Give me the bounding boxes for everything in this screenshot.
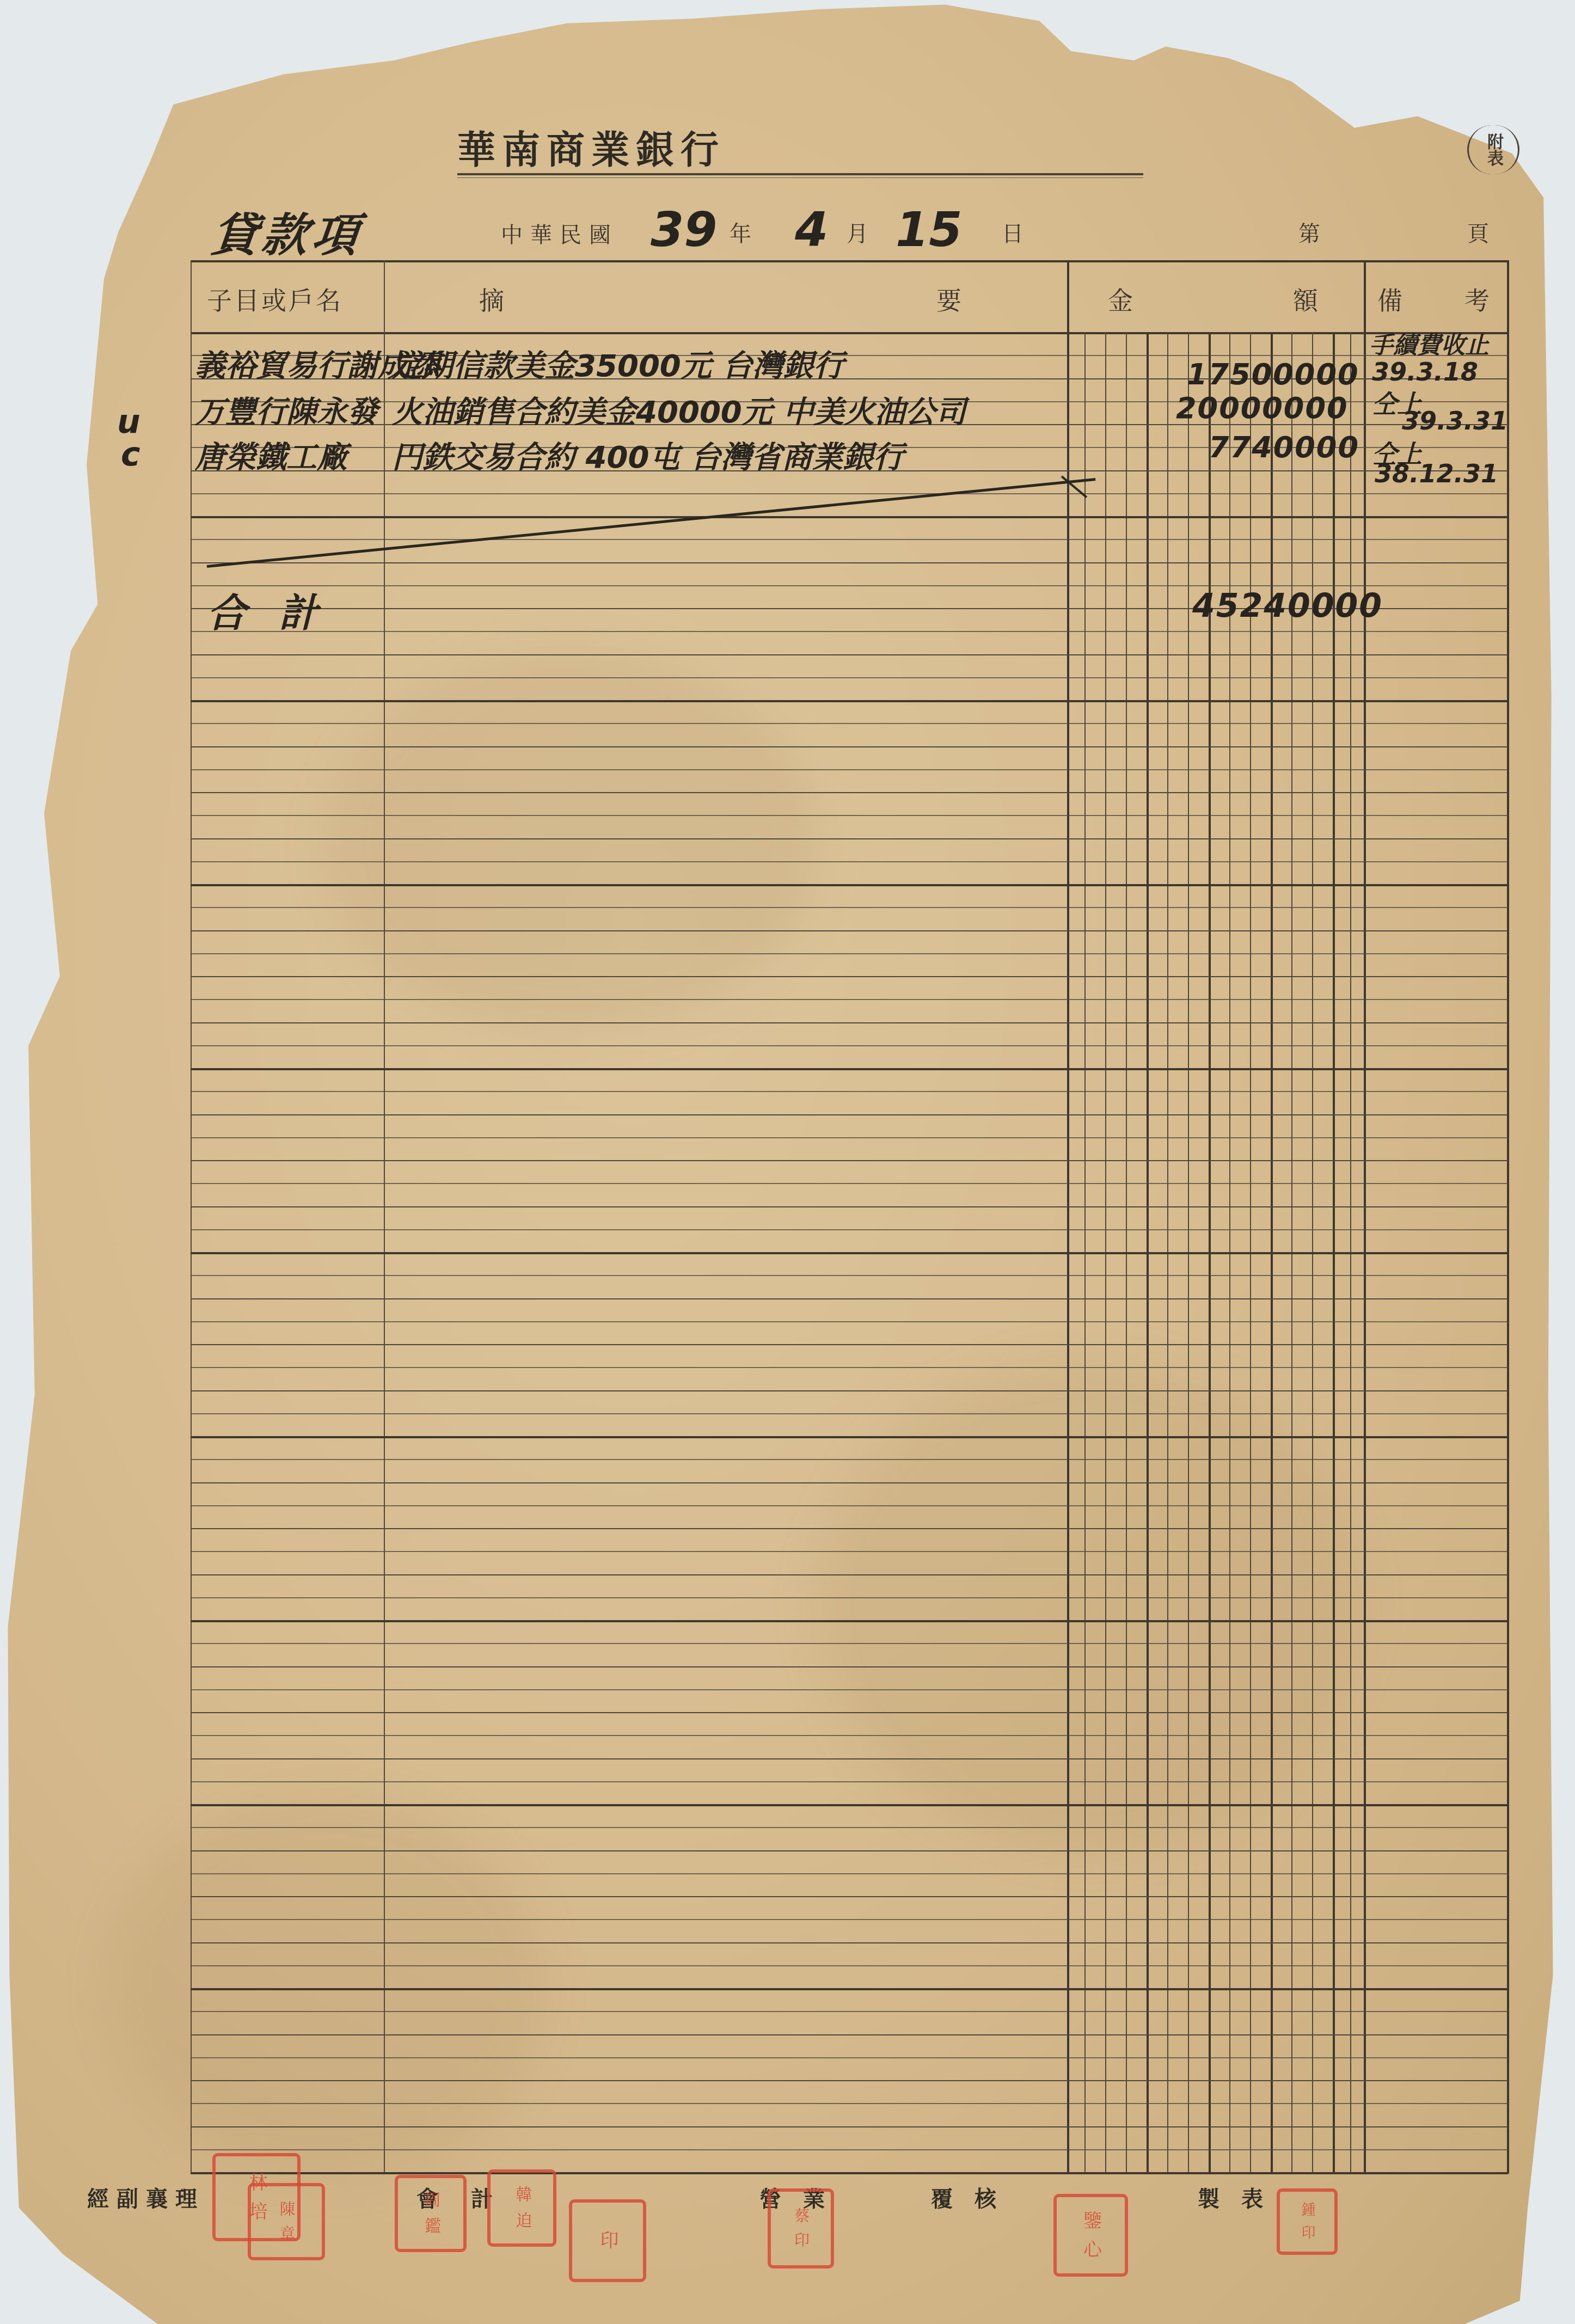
row-rule-line [191, 1160, 1508, 1161]
row-1-summary: 定期信款美金35000元 台灣銀行 [392, 342, 844, 385]
header-summary-left: 摘 [479, 281, 504, 317]
row-rule-line [191, 976, 1508, 977]
ledger-grid: 子目或戶名 摘 要 金 額 備 考 義裕貿易行謝成添 定期信款美金35000元 … [191, 260, 1508, 2174]
seal-text: 韓 迫 [511, 2186, 533, 2230]
row-rule-line [191, 723, 1508, 724]
row-rule-line [191, 1712, 1508, 1713]
row-rule-line [191, 1229, 1508, 1230]
header-amount-left: 金 [1108, 281, 1133, 317]
row-rule-line [191, 516, 1508, 518]
seal-text: 周 鑑 [420, 2191, 442, 2236]
row-rule-line [191, 815, 1508, 816]
total-amount: 45240000 [1192, 587, 1383, 625]
row-rule-line [191, 1827, 1508, 1828]
row-3-amount: 7740000 [1209, 430, 1359, 464]
row-3-account: 唐榮鐵工廠 [195, 433, 347, 477]
date-year-label: 年 [730, 217, 751, 248]
seal-stamp: 鍾 印 [1277, 2188, 1338, 2255]
date-era-label: 中華民國 [501, 218, 618, 249]
signoff-prepared-label: 製表 [1198, 2182, 1285, 2213]
row-rule-line [191, 1505, 1508, 1506]
grid-right-border [1507, 260, 1509, 2174]
date-day-label: 日 [1002, 217, 1024, 248]
row-3-summary: 円鉄交易合約 400屯 台灣省商業銀行 [392, 433, 904, 477]
row-rule-line [191, 1965, 1508, 1966]
row-rule-line [191, 2057, 1508, 2058]
row-rule-line [191, 1689, 1508, 1690]
bank-name-title: 華南商業銀行 [457, 120, 725, 175]
row-rule-line [191, 1597, 1508, 1598]
seal-text: 鍾 印 [1296, 2202, 1318, 2241]
row-rule-line [191, 1896, 1508, 1897]
row-1-amount: 17500000 [1187, 357, 1359, 391]
row-rule-line [191, 539, 1508, 540]
row-rule-line [191, 1390, 1508, 1391]
row-rule-line [191, 769, 1508, 770]
row-rule-line [191, 861, 1508, 862]
row-rule-line [191, 1758, 1508, 1759]
row-rule-line [191, 677, 1508, 678]
row-rule-line [191, 1367, 1508, 1368]
row-rule-line [191, 1068, 1508, 1070]
row-rule-line [191, 1459, 1508, 1460]
row-rule-line [191, 1091, 1508, 1092]
row-rule-line [191, 2126, 1508, 2127]
row-rule-line [191, 930, 1508, 931]
signoff-review-label: 覆核 [931, 2182, 1018, 2213]
row-rule-line [191, 1528, 1508, 1529]
row-rule-line [191, 1643, 1508, 1644]
row-rule-line [191, 1804, 1508, 1806]
row-rule-line [191, 1436, 1508, 1438]
row-2-summary: 火油銷售合約美金40000元 中美火油公司 [392, 388, 966, 432]
row-rule-line [191, 1183, 1508, 1184]
row-rule-line [191, 1919, 1508, 1920]
row-rule-line [191, 792, 1508, 793]
row-rule-line [191, 1114, 1508, 1115]
row-rule-line [191, 585, 1508, 586]
row-2-remark-date: 39.3.31 [1402, 406, 1508, 436]
page-suffix: 頁 [1467, 217, 1489, 248]
row-rule-line [191, 631, 1508, 632]
row-rule-line [191, 1988, 1508, 1990]
row-3-margin-mark: c [121, 436, 140, 474]
row-rule-line [191, 1321, 1508, 1322]
attachment-mark: 附表 [1467, 125, 1519, 174]
date-day-value: 15 [896, 201, 962, 257]
seal-stamp: 鑒 心 [1053, 2194, 1128, 2277]
total-label: 合計 [207, 581, 351, 638]
row-rule-line [191, 838, 1508, 839]
seal-text: 陳 章 [275, 2201, 297, 2243]
row-rule-line [191, 562, 1508, 563]
date-month-value: 4 [795, 201, 828, 257]
grid-left-border [191, 260, 192, 2174]
row-rule-line [191, 999, 1508, 1000]
row-rule-line [191, 1781, 1508, 1782]
row-1-remark-date: 39.3.18 [1372, 357, 1478, 387]
header-bottom-border [191, 332, 1508, 334]
row-rule-line [191, 953, 1508, 954]
seal-stamp: 印 [569, 2199, 646, 2282]
header-summary-right: 要 [936, 281, 961, 317]
row-rule-line [191, 907, 1508, 908]
header-remarks-left: 備 [1377, 281, 1402, 317]
row-2-account: 万豐行陳永發 [195, 388, 378, 432]
row-rule-line [191, 1252, 1508, 1254]
row-rule-line [191, 2103, 1508, 2104]
row-rule-line [191, 493, 1508, 494]
title-underline-secondary [457, 177, 1143, 178]
amount-column-divider [1364, 260, 1366, 2174]
summary-column-divider [1067, 260, 1069, 2174]
row-rule-line [191, 1022, 1508, 1023]
row-rule-line [191, 2034, 1508, 2035]
header-account: 子目或戶名 [207, 281, 343, 317]
title-underline [457, 173, 1143, 175]
row-rule-line [191, 1620, 1508, 1622]
row-rule-line [191, 884, 1508, 886]
handwritten-heading: 貸款項 [209, 199, 366, 265]
seal-text: 鑒 心 [1080, 2211, 1102, 2260]
row-rule-line [191, 1045, 1508, 1046]
row-rule-line [191, 1551, 1508, 1552]
page-prefix: 第 [1298, 217, 1320, 248]
row-rule-line [191, 1666, 1508, 1667]
row-3-remark-date: 38.12.31 [1375, 459, 1498, 488]
row-rule-line [191, 2080, 1508, 2081]
seal-stamp: 蔡 印 [768, 2188, 834, 2268]
seal-stamp: 陳 章 [248, 2183, 325, 2260]
row-rule-line [191, 700, 1508, 702]
row-2-amount: 20000000 [1176, 391, 1349, 425]
row-rule-line [191, 1850, 1508, 1851]
grid-top-border [191, 260, 1508, 262]
row-rule-line [191, 654, 1508, 655]
row-rule-line [191, 1137, 1508, 1138]
signoff-manager-label: 經副襄理 [87, 2182, 205, 2213]
header-remarks-right: 考 [1464, 281, 1490, 317]
row-rule-line [191, 1275, 1508, 1276]
seal-stamp: 周 鑑 [395, 2175, 467, 2252]
row-rule-line [191, 1298, 1508, 1299]
date-month-label: 月 [847, 217, 868, 248]
row-rule-line [191, 2011, 1508, 2012]
row-rule-line [191, 1413, 1508, 1414]
seal-text: 蔡 印 [790, 2208, 812, 2249]
row-rule-line [191, 1482, 1508, 1483]
row-rule-line [191, 2149, 1508, 2150]
date-year-value: 39 [651, 201, 717, 257]
row-rule-line [191, 1735, 1508, 1736]
row-rule-line [191, 1344, 1508, 1345]
row-rule-line [191, 1942, 1508, 1943]
row-1-remark: 手續費收止 [1369, 326, 1489, 360]
row-rule-line [191, 746, 1508, 747]
row-rule-line [191, 1206, 1508, 1207]
header-amount-right: 額 [1293, 281, 1318, 317]
row-rule-line [191, 1574, 1508, 1575]
seal-stamp: 韓 迫 [487, 2169, 556, 2247]
seal-text: 印 [597, 2230, 618, 2251]
cancellation-stroke [207, 478, 1096, 568]
row-rule-line [191, 2172, 1508, 2174]
row-rule-line [191, 1873, 1508, 1874]
attachment-mark-text: 附表 [1484, 133, 1503, 166]
